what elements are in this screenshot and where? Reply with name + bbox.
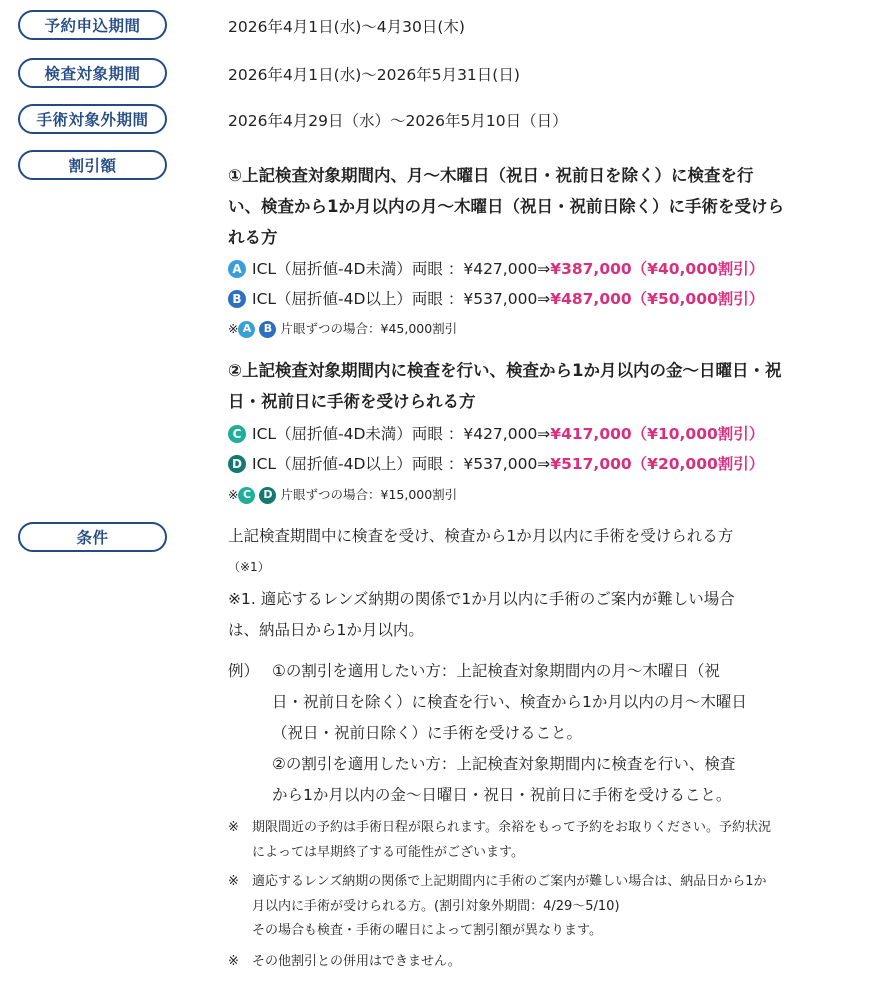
note-line: その場合も検査・手術の曜日によって割引額が異なります。 xyxy=(252,918,602,944)
plan2-title-line: ②上記検査対象期間内に検査を行い、検査から1か月以内の金〜日曜日・祝 xyxy=(228,355,781,386)
note-line: 期限間近の予約は手術日程が限られます。余裕をもって予約をお取りください。予約状況 xyxy=(252,815,771,841)
single-eye-note-cd: ※ C D 片眼ずつの場合：¥15,000割引 xyxy=(228,483,457,507)
conditions-main: 上記検査期間中に検査を受け、検査から1か月以内に手術を受けられる方 xyxy=(228,521,733,552)
note-line: によっては早期終了する可能性がございます。 xyxy=(252,840,524,866)
badge-b-icon: B xyxy=(259,321,276,338)
price-desc: ICL（屈折値-4D以上）両眼 ：¥537,000⇒ xyxy=(252,284,550,314)
badge-d-icon: D xyxy=(259,487,276,504)
price-row-d: D ICL（屈折値-4D以上）両眼 ：¥537,000⇒ ¥517,000（¥2… xyxy=(228,449,764,479)
badge-a-icon: A xyxy=(238,321,255,338)
example-line: ②の割引を適用したい方：上記検査対象期間内に検査を行い、検査 xyxy=(272,749,735,780)
reservation-period-value: 2026年4月1日(水)〜4月30日(木) xyxy=(228,15,465,37)
label-reservation-period: 予約申込期間 xyxy=(18,10,167,40)
conditions-ref: （※1） xyxy=(228,558,270,575)
discounted-price: ¥417,000（¥10,000割引） xyxy=(550,419,764,449)
plan1-title-line: れる方 xyxy=(228,222,278,253)
discounted-price: ¥487,000（¥50,000割引） xyxy=(550,284,764,314)
single-eye-note-text: 片眼ずつの場合：¥15,000割引 xyxy=(280,483,457,507)
example-line: から1か月以内の金〜日曜日・祝日・祝前日に手術を受けること。 xyxy=(272,780,731,811)
note-mark: ※ xyxy=(228,869,239,895)
example-line: （祝日・祝前日除く）に手術を受けること。 xyxy=(272,718,582,749)
price-row-a: A ICL（屈折値-4D未満）両眼 ：¥427,000⇒ ¥387,000（¥4… xyxy=(228,254,764,284)
surgery-excluded-period-value: 2026年4月29日（水）〜2026年5月10日（日） xyxy=(228,109,568,131)
label-conditions: 条件 xyxy=(18,522,167,552)
note-mark: ※ xyxy=(228,483,238,507)
single-eye-note-text: 片眼ずつの場合：¥45,000割引 xyxy=(280,317,457,341)
discounted-price: ¥387,000（¥40,000割引） xyxy=(550,254,764,284)
plan1-title-line: い、検査から1か月以内の月〜木曜日（祝日・祝前日除く）に手術を受けら xyxy=(228,191,784,222)
price-row-c: C ICL（屈折値-4D未満）両眼 ：¥427,000⇒ ¥417,000（¥1… xyxy=(228,419,764,449)
badge-a-icon: A xyxy=(228,260,246,278)
conditions-footnote-line: ※1. 適応するレンズ納期の関係で1か月以内に手術のご案内が難しい場合 xyxy=(228,584,735,615)
single-eye-note-ab: ※ A B 片眼ずつの場合：¥45,000割引 xyxy=(228,317,457,341)
note-mark: ※ xyxy=(228,949,239,975)
example-line: ①の割引を適用したい方：上記検査対象期間内の月〜木曜日（祝 xyxy=(272,656,720,687)
plan2-title-line: 日・祝前日に手術を受けられる方 xyxy=(228,386,476,417)
note-line: その他割引との併用はできません。 xyxy=(252,949,461,975)
label-surgery-excluded-period: 手術対象外期間 xyxy=(18,104,167,134)
discounted-price: ¥517,000（¥20,000割引） xyxy=(550,449,764,479)
conditions-footnote-line: は、納品日から1か月以内。 xyxy=(228,615,424,646)
badge-b-icon: B xyxy=(228,290,246,308)
plan1-title-line: ①上記検査対象期間内、月〜木曜日（祝日・祝前日を除く）に検査を行 xyxy=(228,160,753,191)
exam-period-value: 2026年4月1日(水)〜2026年5月31日(日) xyxy=(228,63,520,85)
example-label: 例） xyxy=(228,656,259,687)
example-line: 日・祝前日を除く）に検査を行い、検査から1か月以内の月〜木曜日 xyxy=(272,687,747,718)
price-desc: ICL（屈折値-4D未満）両眼 ：¥427,000⇒ xyxy=(252,419,550,449)
label-exam-period: 検査対象期間 xyxy=(18,58,167,88)
note-mark: ※ xyxy=(228,815,239,841)
price-row-b: B ICL（屈折値-4D以上）両眼 ：¥537,000⇒ ¥487,000（¥5… xyxy=(228,284,764,314)
note-line: 適応するレンズ納期の関係で上記期間内に手術のご案内が難しい場合は、納品日から1か xyxy=(252,869,767,895)
label-discount: 割引額 xyxy=(18,150,167,180)
price-desc: ICL（屈折値-4D未満）両眼 ：¥427,000⇒ xyxy=(252,254,550,284)
note-mark: ※ xyxy=(228,317,238,341)
badge-c-icon: C xyxy=(228,425,246,443)
price-desc: ICL（屈折値-4D以上）両眼 ：¥537,000⇒ xyxy=(252,449,550,479)
badge-d-icon: D xyxy=(228,455,246,473)
badge-c-icon: C xyxy=(238,487,255,504)
note-line: 月以内に手術が受けられる方。(割引対象外期間：4/29〜5/10) xyxy=(252,894,620,920)
